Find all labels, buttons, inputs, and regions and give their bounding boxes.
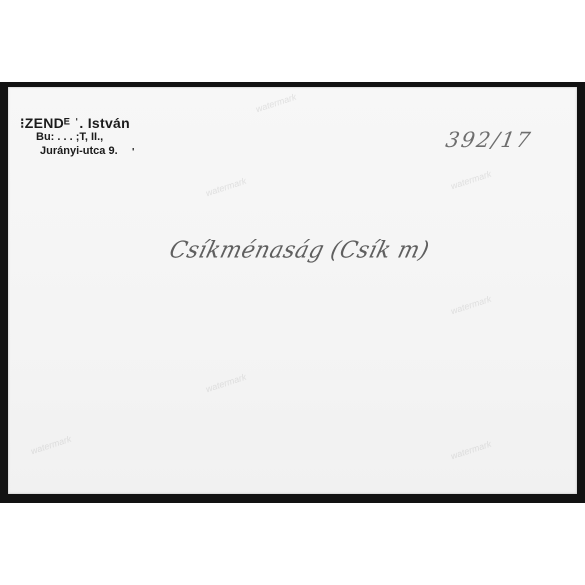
stamp-ink-speck: ' — [132, 146, 134, 160]
stamp-line-name: ⁝ZENDᴱ ˈ. István — [20, 116, 130, 130]
handwritten-caption: Csíkménaság (Csík m) — [167, 237, 432, 263]
stamp-line-city: Bu: . . . ;T, II., — [36, 130, 146, 144]
photographer-stamp: ⁝ZENDᴱ ˈ. István Bu: . . . ;T, II., Jurá… — [20, 116, 130, 158]
reference-number: 392/17 — [444, 128, 534, 152]
